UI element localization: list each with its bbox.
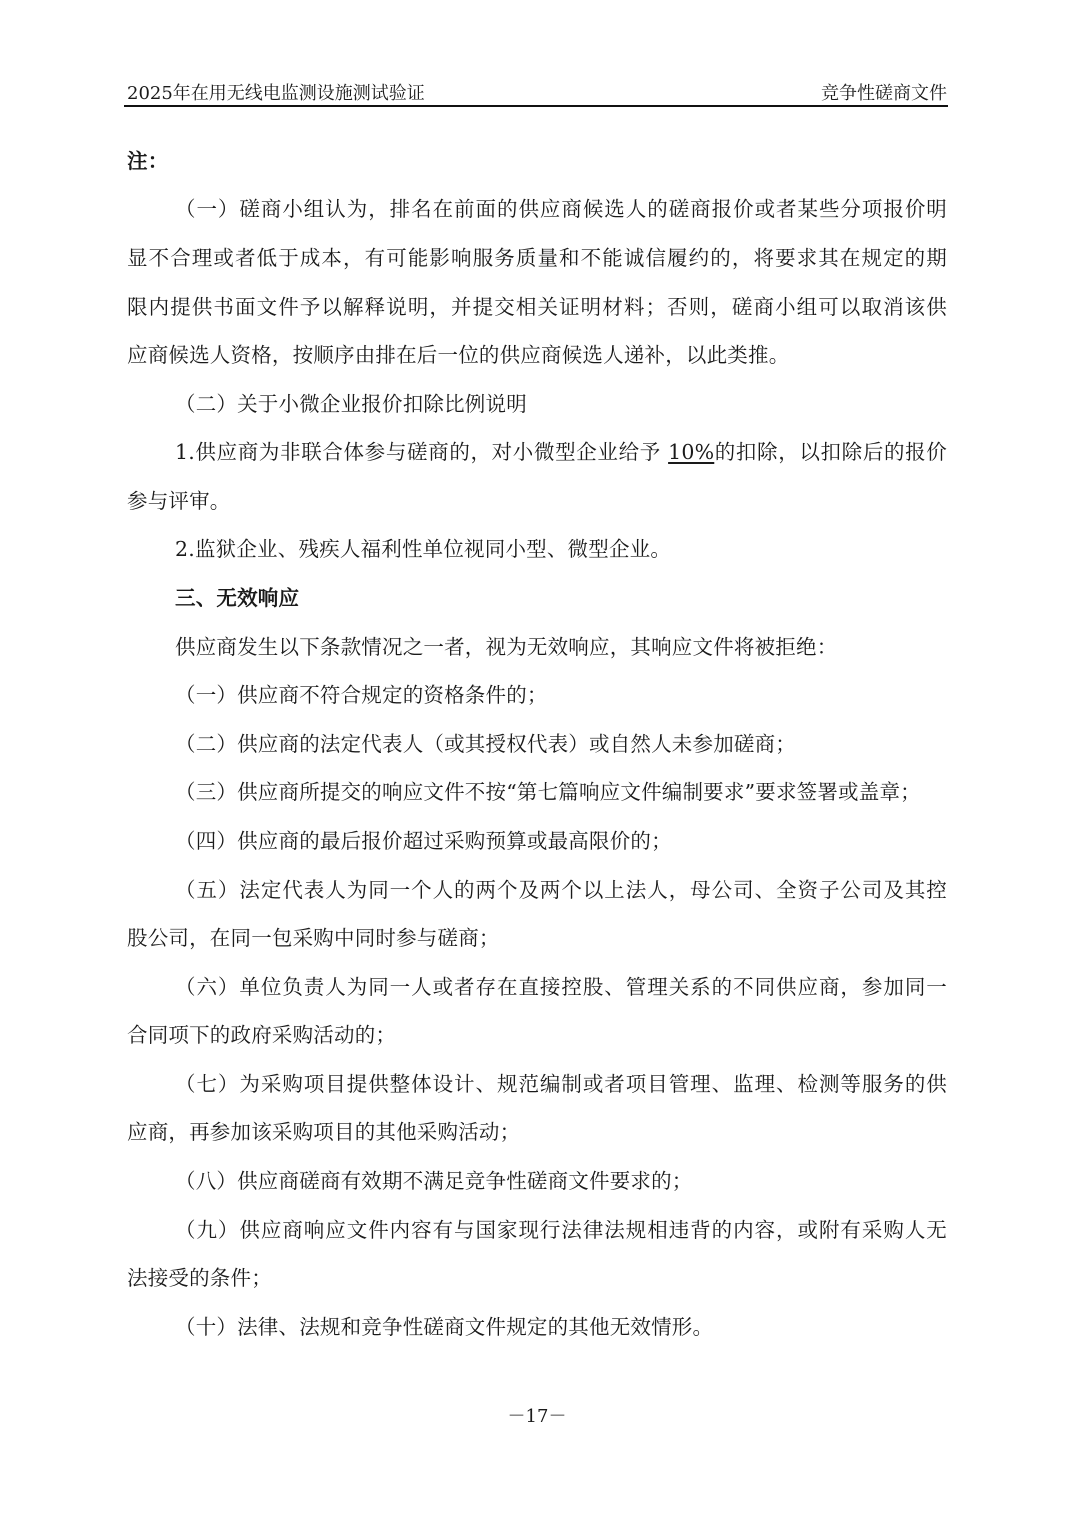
paragraph-line: 1.供应商为非联合体参与磋商的，对小微型企业给予 10%的扣除，以扣除后的报价 [175,437,947,467]
note-label: 注： [127,146,168,176]
section-heading: 三、无效响应 [175,583,299,613]
section-intro: 供应商发生以下条款情况之一者，视为无效响应，其响应文件将被拒绝： [175,632,837,662]
list-item-continuation: 应商，再参加该采购项目的其他采购活动； [127,1117,520,1147]
header-project-title: 2025年在用无线电监测设施测试验证 [127,82,425,106]
paragraph-line: 显不合理或者低于成本，有可能影响服务质量和不能诚信履约的，将要求其在规定的期 [127,243,947,273]
list-item: （三）供应商所提交的响应文件不按“第七篇响应文件编制要求”要求签署或盖章； [175,777,921,807]
deduction-rate: 10% [668,440,714,464]
paragraph-line: 限内提供书面文件予以解释说明，并提交相关证明材料；否则，磋商小组可以取消该供 [127,292,947,322]
list-item: （六）单位负责人为同一人或者存在直接控股、管理关系的不同供应商，参加同一 [175,972,947,1002]
header-divider [124,105,948,107]
point1-text-after: 的扣除，以扣除后的报价 [714,440,947,464]
point1-text-before: 1.供应商为非联合体参与磋商的，对小微型企业给予 [175,440,661,464]
paragraph-line: 2.监狱企业、残疾人福利性单位视同小型、微型企业。 [175,534,671,564]
header-document-type: 竞争性磋商文件 [821,82,947,106]
list-item: （八）供应商磋商有效期不满足竞争性磋商文件要求的； [175,1166,693,1196]
list-item: （二）供应商的法定代表人（或其授权代表）或自然人未参加磋商； [175,729,796,759]
list-item: （一）供应商不符合规定的资格条件的； [175,680,548,710]
subsection-title: （二）关于小微企业报价扣除比例说明 [175,389,527,419]
list-item-continuation: 法接受的条件； [127,1263,272,1293]
page-header: 2025年在用无线电监测设施测试验证 竞争性磋商文件 [127,76,947,106]
list-item: （七）为采购项目提供整体设计、规范编制或者项目管理、监理、检测等服务的供 [175,1069,947,1099]
list-item-continuation: 合同项下的政府采购活动的； [127,1020,396,1050]
paragraph-line: （一）磋商小组认为，排名在前面的供应商候选人的磋商报价或者某些分项报价明 [175,194,947,224]
list-item: （四）供应商的最后报价超过采购预算或最高限价的； [175,826,672,856]
list-item: （九）供应商响应文件内容有与国家现行法律法规相违背的内容，或附有采购人无 [175,1215,947,1245]
list-item-continuation: 股公司，在同一包采购中同时参与磋商； [127,923,500,953]
list-item: （五）法定代表人为同一个人的两个及两个以上法人，母公司、全资子公司及其控 [175,875,947,905]
list-item: （十）法律、法规和竞争性磋商文件规定的其他无效情形。 [175,1312,713,1342]
paragraph-line: 应商候选人资格，按顺序由排在后一位的供应商候选人递补，以此类推。 [127,340,789,370]
document-page: 2025年在用无线电监测设施测试验证 竞争性磋商文件 注： （一）磋商小组认为，… [0,0,1074,1520]
paragraph-line: 参与评审。 [127,486,231,516]
page-number: －17－ [0,1405,1074,1429]
